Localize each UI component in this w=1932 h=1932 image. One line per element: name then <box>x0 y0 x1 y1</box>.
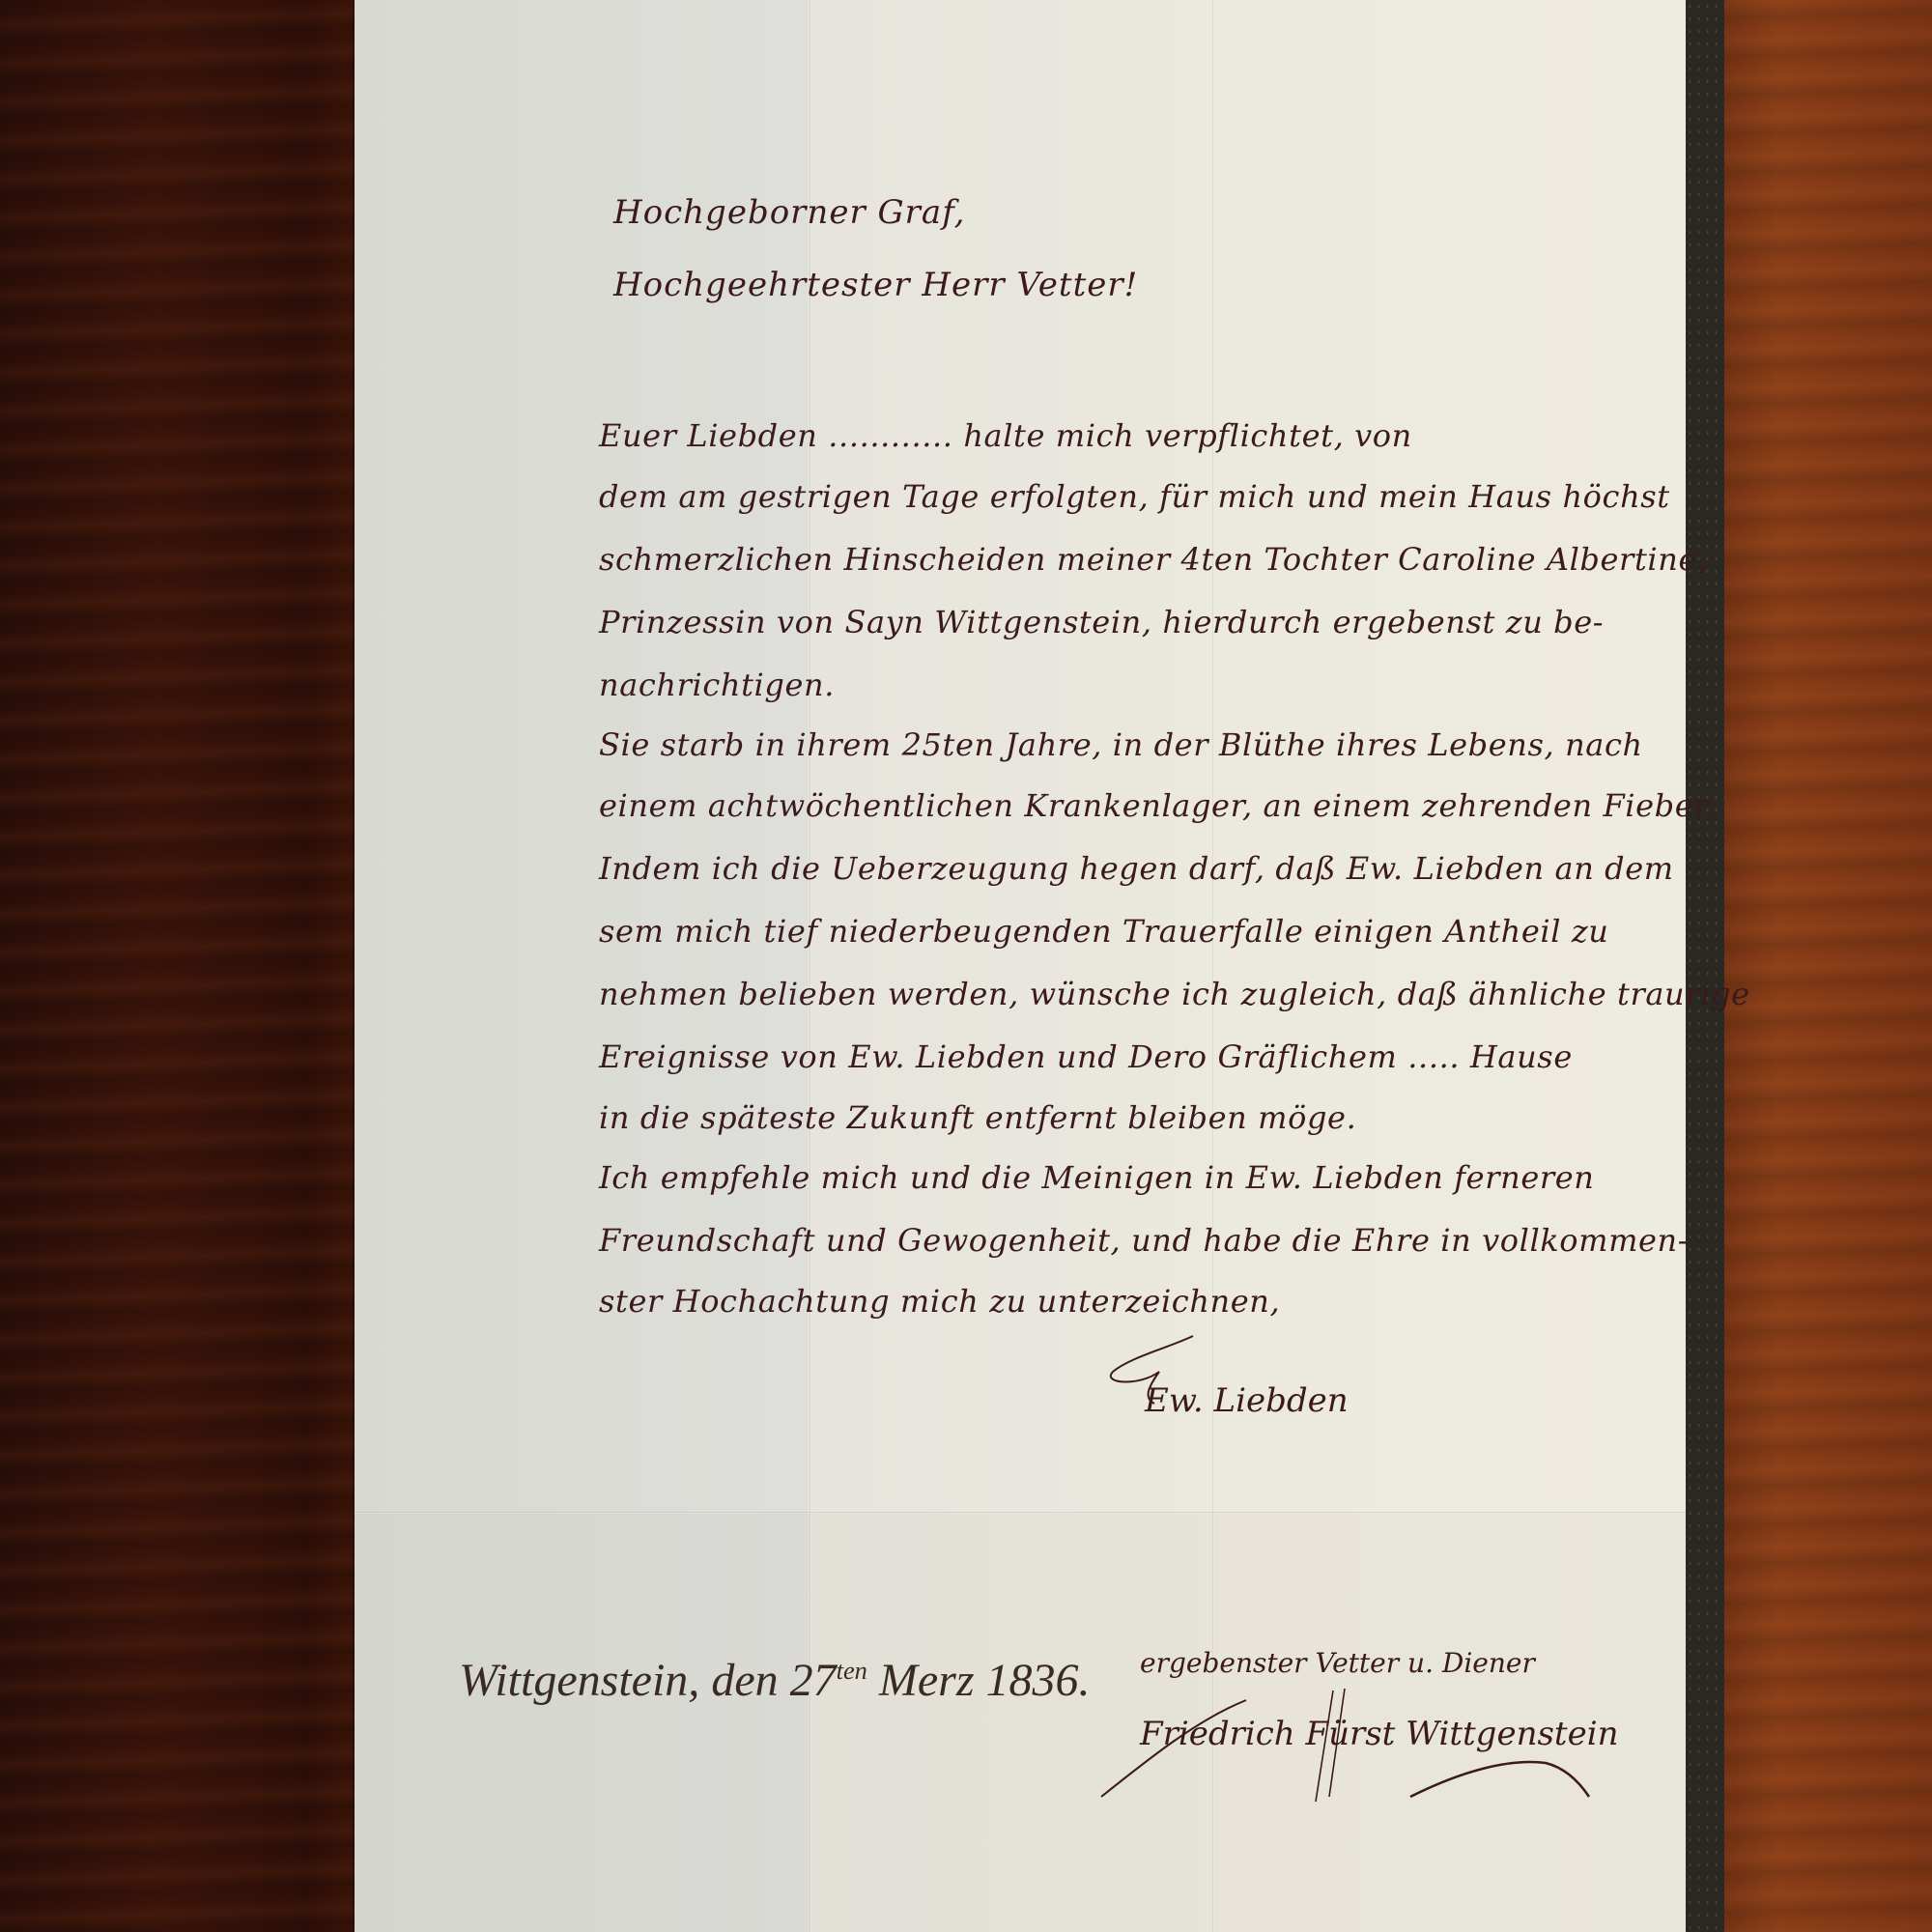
dateline-place: Wittgenstein, <box>459 1655 699 1706</box>
signature-valediction: ergebenster Vetter u. Diener <box>1140 1647 1535 1679</box>
dateline-day: 27 <box>790 1655 837 1706</box>
dateline-den: den <box>711 1655 778 1706</box>
body-line-5: nachrichtigen. <box>599 667 835 703</box>
salutation-line-2: Hochgeehrtester Herr Vetter! <box>613 266 1138 304</box>
salutation-line-1: Hochgeborner Graf, <box>613 193 965 232</box>
body-line-10: nehmen belieben werden, wünsche ich zugl… <box>599 976 1750 1012</box>
body-line-8: Indem ich die Ueberzeugung hegen darf, d… <box>599 850 1674 887</box>
dateline: Wittgenstein, den 27ten Merz 1836. <box>459 1654 1091 1707</box>
body-line-4: Prinzessin von Sayn Wittgenstein, hierdu… <box>599 604 1604 640</box>
body-line-9: sem mich tief niederbeugenden Trauerfall… <box>599 913 1608 950</box>
dateline-day-suffix: ten <box>837 1656 867 1685</box>
fold-line-vertical-right <box>1212 0 1214 1932</box>
body-line-13: Ich empfehle mich und die Meinigen in Ew… <box>599 1159 1595 1196</box>
closing-ew-liebden: Ew. Liebden <box>1145 1381 1349 1420</box>
fold-line-horizontal <box>355 1512 1686 1514</box>
body-line-14: Freundschaft und Gewogenheit, und habe d… <box>599 1222 1689 1259</box>
body-line-12: in die späteste Zukunft entfernt bleiben… <box>599 1099 1356 1136</box>
body-line-11: Ereignisse von Ew. Liebden und Dero Gräf… <box>599 1038 1573 1075</box>
body-line-6: Sie starb in ihrem 25ten Jahre, in der B… <box>599 726 1643 763</box>
dateline-year: 1836. <box>986 1655 1091 1706</box>
body-line-3: schmerzlichen Hinscheiden meiner 4ten To… <box>599 541 1708 578</box>
body-line-3-text: schmerzlichen Hinscheiden meiner 4ten To… <box>599 541 1708 578</box>
dateline-month: Merz <box>879 1655 975 1706</box>
body-line-1: Euer Liebden ............ halte mich ver… <box>599 417 1412 454</box>
body-line-2: dem am gestrigen Tage erfolgten, für mic… <box>599 478 1670 515</box>
binding-strip <box>1686 0 1724 1932</box>
body-line-15: ster Hochachtung mich zu unterzeichnen, <box>599 1283 1280 1320</box>
signature-flourish-icon <box>1092 1681 1594 1806</box>
body-line-7: einem achtwöchentlichen Krankenlager, an… <box>599 787 1716 824</box>
